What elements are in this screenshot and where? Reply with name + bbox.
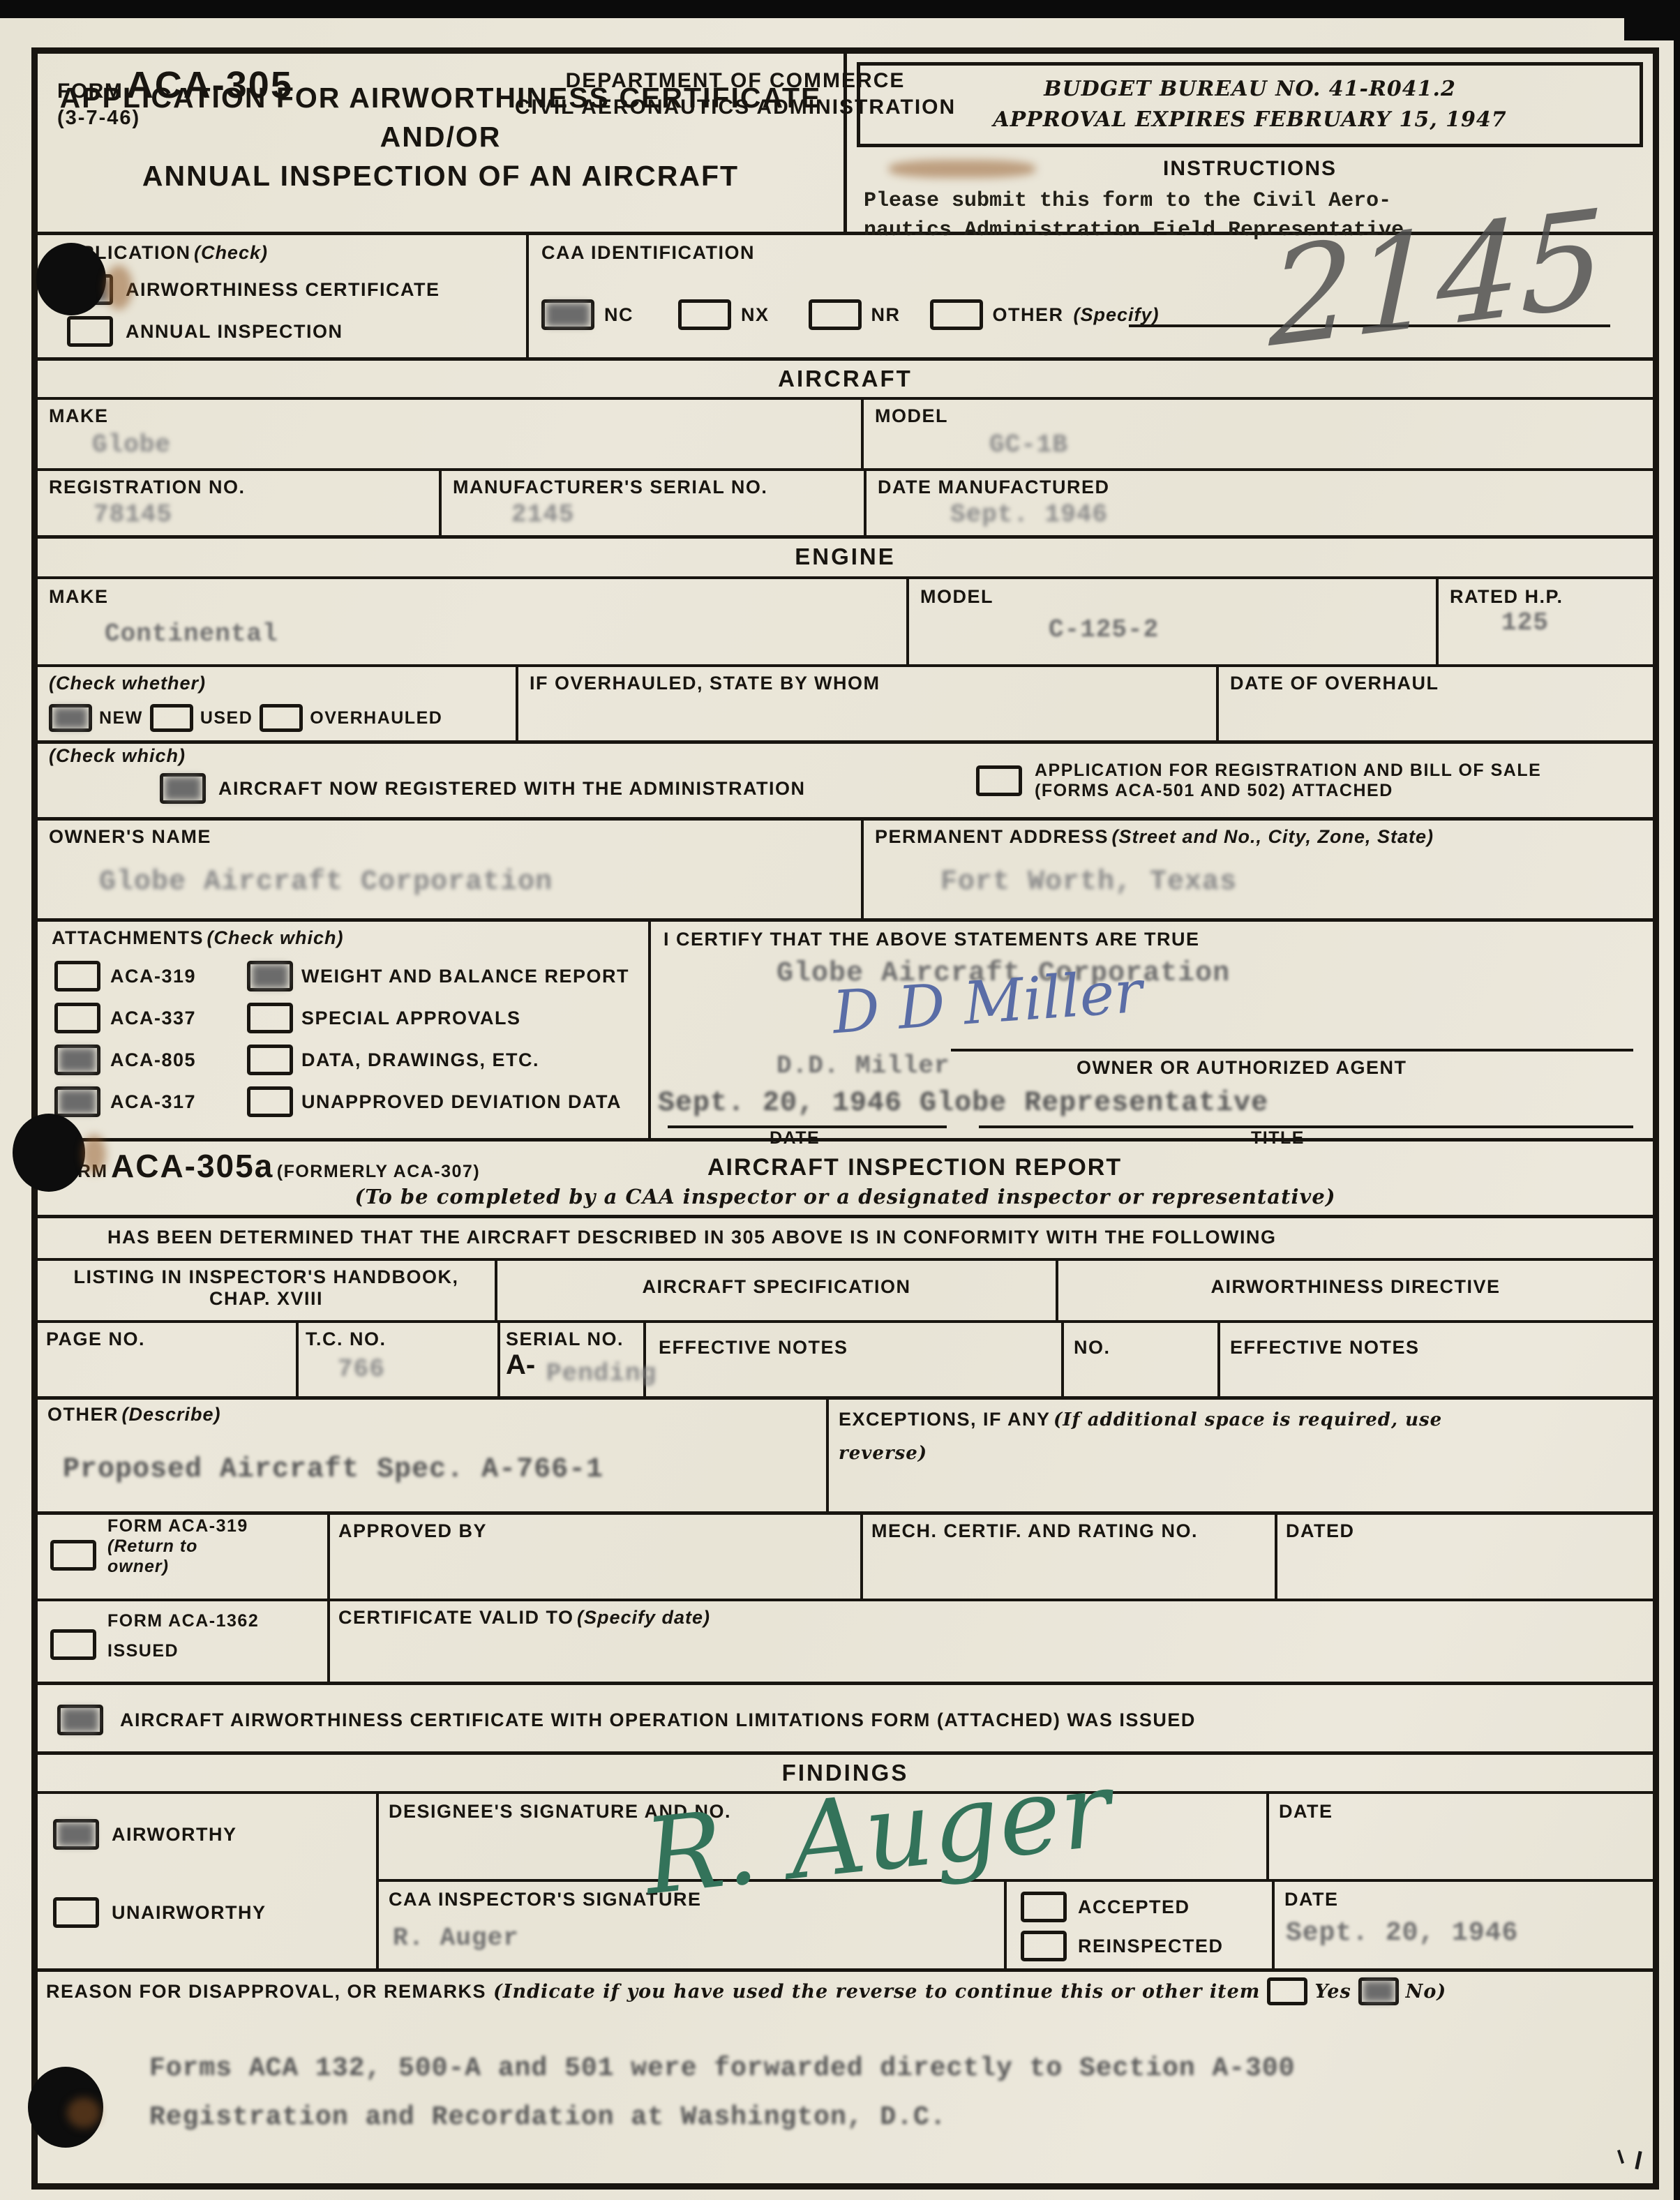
rated-hp-field: RATED H.P. 125 <box>1439 579 1653 664</box>
new-checkbox[interactable] <box>49 704 92 732</box>
unairworthy-label: UNAIRWORTHY <box>112 1902 267 1924</box>
certificate-issued-label: AIRCRAFT AIRWORTHINESS CERTIFICATE WITH … <box>120 1709 1196 1731</box>
manufacturers-serial-field: MANUFACTURER'S SERIAL NO. 2145 <box>442 471 867 535</box>
aircraft-make-field: MAKE Globe <box>38 400 864 468</box>
aircraft-make-model-row: MAKE Globe MODEL GC-1B <box>38 400 1653 471</box>
accepted-checkbox[interactable] <box>1021 1892 1067 1922</box>
aircraft-model-field: MODEL GC-1B <box>864 400 1653 468</box>
ink-stain <box>889 160 1035 178</box>
special-approvals-checkbox[interactable] <box>247 1003 293 1033</box>
remarks-body: Forms ACA 132, 500-A and 501 were forwar… <box>38 2012 1653 2183</box>
aca-319-label: ACA-319 <box>110 966 196 987</box>
remarks-line2: Registration and Recordation at Washingt… <box>149 2102 947 2132</box>
scan-edge-artifact <box>1624 0 1680 40</box>
aircraft-spec-column-header: AIRCRAFT SPECIFICATION <box>497 1261 1058 1320</box>
aca-319-checkbox[interactable] <box>54 961 100 992</box>
form-305a-formerly: (FORMERLY ACA-307) <box>277 1162 480 1181</box>
permanent-address-field: PERMANENT ADDRESS (Street and No., City,… <box>864 821 1653 918</box>
page-title-line2: ANNUAL INSPECTION OF AN AIRCRAFT <box>38 156 843 195</box>
inspection-report-subtitle: (To be completed by a CAA inspector or a… <box>38 1185 1653 1208</box>
serial-prefix: A- <box>506 1349 535 1381</box>
scan-edge-artifact <box>0 0 1680 18</box>
page-title: APPLICATION FOR AIRWORTHINESS CERTIFICAT… <box>38 78 843 195</box>
bill-of-sale-label-line1: APPLICATION FOR REGISTRATION AND BILL OF… <box>1035 761 1541 781</box>
spec-table-header: LISTING IN INSPECTOR'S HANDBOOK, CHAP. X… <box>38 1261 1653 1323</box>
certificate-valid-to-field: CERTIFICATE VALID TO (Specify date) <box>330 1601 1653 1682</box>
reverse-yes-label: Yes <box>1314 1981 1351 2003</box>
caa-identification-label: CAA IDENTIFICATION <box>541 242 755 264</box>
other-checkbox[interactable] <box>930 299 983 330</box>
owner-signature-line[interactable] <box>951 1049 1633 1052</box>
handbook-column-header: LISTING IN INSPECTOR'S HANDBOOK, CHAP. X… <box>38 1261 497 1320</box>
form-319-check-field: FORM ACA-319 (Return to owner) <box>38 1515 330 1599</box>
directive-effective-notes-field: EFFECTIVE NOTES <box>1220 1323 1653 1396</box>
owner-name-value: Globe Aircraft Corporation <box>99 867 553 898</box>
check-whether-section: (Check whether) NEW USED OVERHAULED <box>38 667 518 740</box>
other-describe-field: OTHER (Describe) Proposed Aircraft Spec.… <box>38 1400 829 1511</box>
other-hint: (Specify) <box>1074 304 1160 326</box>
airworthy-column: AIRWORTHY UNAIRWORTHY <box>38 1794 379 1968</box>
engine-make-field: MAKE Continental <box>38 579 909 664</box>
manufacturers-serial-value: 2145 <box>511 500 574 529</box>
reverse-no-label: No) <box>1406 1981 1446 2003</box>
engine-section-title: ENGINE <box>38 539 1653 576</box>
application-label-hint: (Check) <box>194 242 268 263</box>
hole-punch <box>13 1114 85 1192</box>
form-319-checkbox[interactable] <box>50 1540 96 1571</box>
determination-text: HAS BEEN DETERMINED THAT THE AIRCRAFT DE… <box>107 1227 1277 1248</box>
unapproved-deviation-checkbox[interactable] <box>247 1086 293 1117</box>
reverse-no-checkbox[interactable] <box>1358 1977 1399 2005</box>
new-label: NEW <box>99 708 143 728</box>
inspection-report-header: FORM ACA-305a (FORMERLY ACA-307) AIRCRAF… <box>38 1142 1653 1218</box>
certify-title-line[interactable] <box>979 1125 1633 1128</box>
form-1362-check-field: FORM ACA-1362 ISSUED <box>38 1601 330 1682</box>
aca-805-label: ACA-805 <box>110 1049 196 1071</box>
aca-317-checkbox[interactable] <box>54 1086 100 1117</box>
engine-section-bar: ENGINE <box>38 539 1653 579</box>
used-checkbox[interactable] <box>150 704 193 732</box>
aca-337-checkbox[interactable] <box>54 1003 100 1033</box>
aircraft-make-value: Globe <box>92 431 171 459</box>
registered-label: AIRCRAFT NOW REGISTERED WITH THE ADMINIS… <box>218 778 805 800</box>
budget-bureau-box: BUDGET BUREAU NO. 41-R041.2 APPROVAL EXP… <box>857 62 1643 147</box>
unapproved-deviation-label: UNAPPROVED DEVIATION DATA <box>301 1091 622 1113</box>
mech-certif-field: MECH. CERTIF. AND RATING NO. <box>863 1515 1277 1599</box>
serial-value: Pending <box>546 1359 657 1388</box>
hole-punch <box>36 243 106 315</box>
attachments-label-hint: (Check which) <box>207 927 343 948</box>
weight-balance-label: WEIGHT AND BALANCE REPORT <box>301 966 629 987</box>
form-1362-row: FORM ACA-1362 ISSUED CERTIFICATE VALID T… <box>38 1601 1653 1685</box>
date-of-overhaul-field: DATE OF OVERHAUL <box>1219 667 1653 740</box>
form-305a-number: ACA-305a <box>111 1148 273 1184</box>
unairworthy-checkbox[interactable] <box>53 1897 99 1928</box>
attachments-section: ATTACHMENTS (Check which) ACA-319 ACA-33… <box>38 922 651 1138</box>
date-manufactured-field: DATE MANUFACTURED Sept. 1946 <box>867 471 1653 535</box>
form-aca-305: FORM ACA-305 (3-7-46) DEPARTMENT OF COMM… <box>31 47 1659 2190</box>
aircraft-section-bar: AIRCRAFT <box>38 361 1653 400</box>
valid-to-hint: (Specify date) <box>577 1607 710 1628</box>
aca-337-label: ACA-337 <box>110 1008 196 1029</box>
airworthiness-directive-column-header: AIRWORTHINESS DIRECTIVE <box>1058 1261 1653 1320</box>
reinspected-checkbox[interactable] <box>1021 1931 1067 1961</box>
remarks-line1: Forms ACA 132, 500-A and 501 were forwar… <box>149 2053 1295 2083</box>
bill-of-sale-label-line2: (FORMS ACA-501 AND 502) ATTACHED <box>1035 781 1541 801</box>
findings-right: DESIGNEE'S SIGNATURE AND NO. DATE CAA IN… <box>379 1794 1653 1968</box>
owner-name-field: OWNER'S NAME Globe Aircraft Corporation <box>38 821 864 918</box>
aca-805-checkbox[interactable] <box>54 1045 100 1075</box>
effective-notes-field: EFFECTIVE NOTES <box>646 1323 1064 1396</box>
inspection-report-title: AIRCRAFT INSPECTION REPORT <box>707 1154 1122 1181</box>
annual-inspection-checkbox[interactable] <box>67 316 113 347</box>
overhauled-checkbox[interactable] <box>260 704 303 732</box>
attachments-certify-row: ATTACHMENTS (Check which) ACA-319 ACA-33… <box>38 922 1653 1142</box>
certificate-issued-row: AIRCRAFT AIRWORTHINESS CERTIFICATE WITH … <box>38 1685 1653 1755</box>
engine-model-value: C-125-2 <box>1049 615 1159 644</box>
other-label: OTHER <box>993 304 1064 326</box>
data-drawings-checkbox[interactable] <box>247 1045 293 1075</box>
accepted-label: ACCEPTED <box>1078 1896 1190 1918</box>
certificate-issued-checkbox[interactable] <box>57 1705 103 1735</box>
data-drawings-label: DATA, DRAWINGS, ETC. <box>301 1049 539 1071</box>
engine-make-value: Continental <box>105 620 278 648</box>
overhauled-by-field: IF OVERHAULED, STATE BY WHOM <box>518 667 1219 740</box>
reverse-yes-checkbox[interactable] <box>1267 1977 1307 2005</box>
airworthy-label: AIRWORTHY <box>112 1824 237 1846</box>
engine-condition-row: (Check whether) NEW USED OVERHAULED IF O… <box>38 667 1653 744</box>
exceptions-hint2: reverse) <box>839 1438 1442 1469</box>
airworthy-checkbox[interactable] <box>53 1819 99 1850</box>
determination-row: HAS BEEN DETERMINED THAT THE AIRCRAFT DE… <box>38 1218 1653 1261</box>
annual-inspection-label: ANNUAL INSPECTION <box>126 321 343 343</box>
page-title-line1: APPLICATION FOR AIRWORTHINESS CERTIFICAT… <box>38 78 843 156</box>
permanent-address-value: Fort Worth, Texas <box>940 867 1237 898</box>
registration-status-row: (Check which) AIRCRAFT NOW REGISTERED WI… <box>38 744 1653 821</box>
rated-hp-value: 125 <box>1501 608 1549 637</box>
approved-by-field: APPROVED BY <box>330 1515 863 1599</box>
form-319-row: FORM ACA-319 (Return to owner) APPROVED … <box>38 1515 1653 1601</box>
designee-date-field: DATE <box>1269 1794 1653 1879</box>
overhauled-label: OVERHAULED <box>310 708 442 728</box>
other-describe-value: Proposed Aircraft Spec. A-766-1 <box>63 1454 603 1486</box>
nr-checkbox[interactable] <box>809 299 862 330</box>
remarks-label-row: REASON FOR DISAPPROVAL, OR REMARKS (Indi… <box>38 1972 1653 2012</box>
nr-label: NR <box>871 304 901 326</box>
reinspected-label: REINSPECTED <box>1078 1936 1224 1957</box>
tc-no-value: 766 <box>338 1355 385 1384</box>
permanent-address-hint: (Street and No., City, Zone, State) <box>1111 826 1434 847</box>
engine-model-field: MODEL C-125-2 <box>909 579 1439 664</box>
registered-checkbox[interactable] <box>160 773 206 804</box>
header-left: FORM ACA-305 (3-7-46) DEPARTMENT OF COMM… <box>38 54 843 232</box>
form-1362-checkbox[interactable] <box>50 1629 96 1660</box>
findings-body: AIRWORTHY UNAIRWORTHY DESIGNEE'S SIGNATU… <box>38 1794 1653 1972</box>
owner-row: OWNER'S NAME Globe Aircraft Corporation … <box>38 821 1653 922</box>
certify-statement: I CERTIFY THAT THE ABOVE STATEMENTS ARE … <box>663 929 1200 950</box>
nc-label: NC <box>604 304 633 326</box>
scanned-form-page: FORM ACA-305 (3-7-46) DEPARTMENT OF COMM… <box>0 0 1680 2200</box>
remarks-hint: (Indicate if you have used the reverse t… <box>493 1981 1260 2003</box>
accepted-reinspected-field: ACCEPTED REINSPECTED <box>1007 1882 1275 1968</box>
special-approvals-label: SPECIAL APPROVALS <box>301 1008 521 1029</box>
registration-no-field: REGISTRATION NO. 78145 <box>38 471 442 535</box>
application-caa-row: APPLICATION (Check) AIRWORTHINESS CERTIF… <box>38 235 1653 361</box>
tc-no-field: T.C. NO. 766 <box>299 1323 500 1396</box>
budget-bureau-no: BUDGET BUREAU NO. 41-R041.2 <box>864 74 1635 105</box>
date-manufactured-value: Sept. 1946 <box>950 500 1108 529</box>
scan-edge-artifact <box>1674 0 1680 2200</box>
exceptions-field: EXCEPTIONS, IF ANY (If additional space … <box>829 1400 1653 1511</box>
bill-of-sale-checkbox[interactable] <box>976 765 1022 796</box>
nc-checkbox[interactable] <box>541 299 594 330</box>
other-describe-hint: (Describe) <box>121 1404 220 1425</box>
check-whether-label: (Check whether) <box>49 673 206 694</box>
inspection-date-field: DATE Sept. 20, 1946 <box>1275 1882 1653 1968</box>
aircraft-section-title: AIRCRAFT <box>38 361 1653 397</box>
serial-no-field: SERIAL NO. A- Pending <box>500 1323 646 1396</box>
certification-section: I CERTIFY THAT THE ABOVE STATEMENTS ARE … <box>651 922 1653 1138</box>
other-exceptions-row: OTHER (Describe) Proposed Aircraft Spec.… <box>38 1400 1653 1515</box>
scan-mark <box>1635 2151 1642 2169</box>
attachments-label: ATTACHMENTS <box>52 927 204 948</box>
certify-date-title-typed: Sept. 20, 1946 Globe Representative <box>658 1088 1268 1119</box>
remarks-label: REASON FOR DISAPPROVAL, OR REMARKS <box>46 1981 486 2003</box>
dated-field: DATED <box>1277 1515 1653 1599</box>
registration-no-value: 78145 <box>93 500 172 529</box>
page-no-field: PAGE NO. <box>38 1323 299 1396</box>
engine-make-model-row: MAKE Continental MODEL C-125-2 RATED H.P… <box>38 579 1653 667</box>
scan-mark <box>1617 2150 1624 2164</box>
check-which-label: (Check which) <box>49 745 186 767</box>
airworthiness-certificate-label: AIRWORTHINESS CERTIFICATE <box>126 279 440 301</box>
exceptions-hint1: (If additional space is required, use <box>1053 1409 1442 1430</box>
owner-agent-label: OWNER OR AUTHORIZED AGENT <box>1077 1057 1407 1079</box>
inspection-date-value: Sept. 20, 1946 <box>1286 1918 1518 1948</box>
nx-label: NX <box>741 304 770 326</box>
weight-balance-checkbox[interactable] <box>247 961 293 992</box>
caa-identification-section: CAA IDENTIFICATION NC NX NR OTHER (Speci… <box>529 235 1653 357</box>
directive-no-field: NO. <box>1064 1323 1220 1396</box>
approval-expires: APPROVAL EXPIRES FEBRUARY 15, 1947 <box>864 105 1635 135</box>
aircraft-model-value: GC-1B <box>989 431 1068 459</box>
inspector-typed-name: R. Auger <box>393 1924 519 1952</box>
spec-table-subrow: PAGE NO. T.C. NO. 766 SERIAL NO. A- Pend… <box>38 1323 1653 1400</box>
aircraft-registration-row: REGISTRATION NO. 78145 MANUFACTURER'S SE… <box>38 471 1653 539</box>
nx-checkbox[interactable] <box>678 299 731 330</box>
aca-317-label: ACA-317 <box>110 1091 196 1113</box>
used-label: USED <box>200 708 253 728</box>
certify-signer-typed: D.D. Miller <box>777 1052 950 1080</box>
